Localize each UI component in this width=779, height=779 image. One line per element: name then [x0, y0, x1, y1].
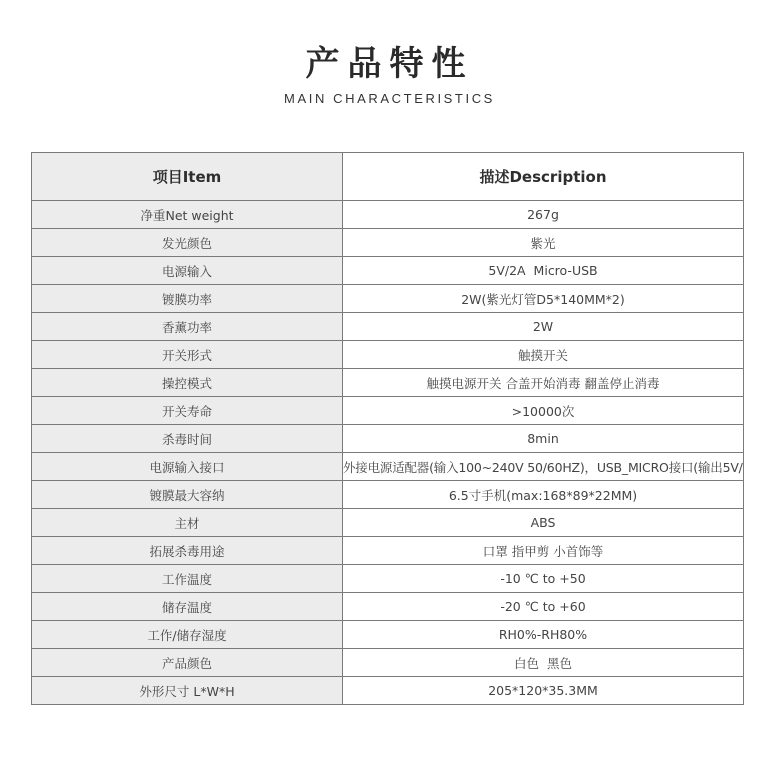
table-row: 外形尺寸 L*W*H205*120*35.3MM [32, 677, 744, 705]
description-cell: RH0%-RH80% [343, 621, 744, 649]
item-cell: 开关寿命 [32, 397, 343, 425]
table-row: 杀毒时间8min [32, 425, 744, 453]
description-cell: 触摸电源开关 合盖开始消毒 翻盖停止消毒 [343, 369, 744, 397]
table-row: 镀膜最大容纳6.5寸手机(max:168*89*22MM) [32, 481, 744, 509]
description-cell: 外接电源适配器(输入100~240V 50/60HZ)，USB_MICRO接口(… [343, 453, 744, 481]
description-cell: 2W(紫光灯管D5*140MM*2) [343, 285, 744, 313]
table-row: 香薰功率2W [32, 313, 744, 341]
item-cell: 主材 [32, 509, 343, 537]
description-cell: 6.5寸手机(max:168*89*22MM) [343, 481, 744, 509]
description-cell: ABS [343, 509, 744, 537]
description-cell: 5V/2A Micro-USB [343, 257, 744, 285]
item-cell: 镀膜功率 [32, 285, 343, 313]
table-row: 开关形式触摸开关 [32, 341, 744, 369]
page-subtitle: MAIN CHARACTERISTICS [0, 91, 779, 106]
table-row: 操控模式触摸电源开关 合盖开始消毒 翻盖停止消毒 [32, 369, 744, 397]
description-cell: 紫光 [343, 229, 744, 257]
column-header-item: 项目Item [32, 153, 343, 201]
item-cell: 杀毒时间 [32, 425, 343, 453]
item-cell: 开关形式 [32, 341, 343, 369]
description-cell: 触摸开关 [343, 341, 744, 369]
description-cell: 205*120*35.3MM [343, 677, 744, 705]
description-cell: -20 ℃ to +60 [343, 593, 744, 621]
item-cell: 电源输入 [32, 257, 343, 285]
item-cell: 电源输入接口 [32, 453, 343, 481]
table-row: 镀膜功率2W(紫光灯管D5*140MM*2) [32, 285, 744, 313]
table-row: 电源输入5V/2A Micro-USB [32, 257, 744, 285]
spec-table: 项目Item 描述Description 净重Net weight267g 发光… [31, 152, 744, 705]
table-row: 储存温度-20 ℃ to +60 [32, 593, 744, 621]
description-cell: 口罩 指甲剪 小首饰等 [343, 537, 744, 565]
item-cell: 操控模式 [32, 369, 343, 397]
description-cell: 白色 黑色 [343, 649, 744, 677]
table-row: 电源输入接口外接电源适配器(输入100~240V 50/60HZ)，USB_MI… [32, 453, 744, 481]
table-row: 拓展杀毒用途口罩 指甲剪 小首饰等 [32, 537, 744, 565]
item-cell: 工作/储存湿度 [32, 621, 343, 649]
table-row: 产品颜色白色 黑色 [32, 649, 744, 677]
item-cell: 外形尺寸 L*W*H [32, 677, 343, 705]
table-row: 发光颜色紫光 [32, 229, 744, 257]
page-title: 产品特性 [0, 40, 779, 88]
description-cell: 8min [343, 425, 744, 453]
item-cell: 净重Net weight [32, 201, 343, 229]
item-cell: 拓展杀毒用途 [32, 537, 343, 565]
table-row: 净重Net weight267g [32, 201, 744, 229]
description-cell: -10 ℃ to +50 [343, 565, 744, 593]
table-row: 主材ABS [32, 509, 744, 537]
table-header-row: 项目Item 描述Description [32, 153, 744, 201]
description-cell: >10000次 [343, 397, 744, 425]
item-cell: 工作温度 [32, 565, 343, 593]
description-cell: 267g [343, 201, 744, 229]
description-cell: 2W [343, 313, 744, 341]
table-row: 工作温度-10 ℃ to +50 [32, 565, 744, 593]
table-row: 工作/储存湿度RH0%-RH80% [32, 621, 744, 649]
item-cell: 发光颜色 [32, 229, 343, 257]
item-cell: 储存温度 [32, 593, 343, 621]
column-header-description: 描述Description [343, 153, 744, 201]
item-cell: 香薰功率 [32, 313, 343, 341]
table-row: 开关寿命>10000次 [32, 397, 744, 425]
item-cell: 镀膜最大容纳 [32, 481, 343, 509]
item-cell: 产品颜色 [32, 649, 343, 677]
